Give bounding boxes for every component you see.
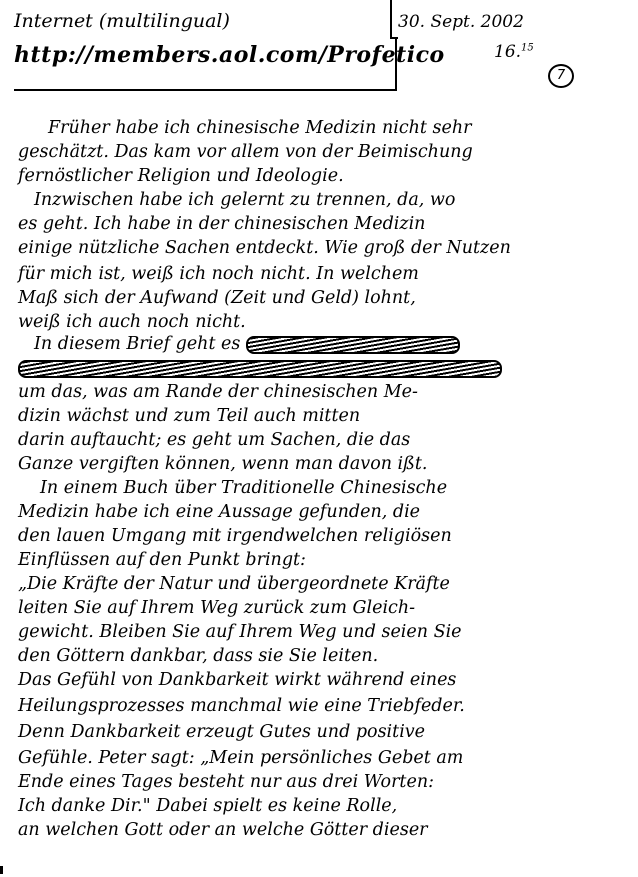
text-line: geschätzt. Das kam vor allem von der Bei…: [18, 142, 473, 162]
text-line: für mich ist, weiß ich noch nicht. In we…: [18, 264, 419, 284]
text-line: In diesem Brief geht es: [34, 334, 460, 354]
text-line: Das Gefühl von Dankbarkeit wirkt während…: [18, 670, 456, 690]
text-line: weiß ich auch noch nicht.: [18, 312, 246, 332]
text-line: dizin wächst und zum Teil auch mitten: [18, 406, 360, 426]
text-line: Maß sich der Aufwand (Zeit und Geld) loh…: [18, 288, 416, 308]
time-minutes: 15: [521, 42, 534, 53]
text-line: leiten Sie auf Ihrem Weg zurück zum Glei…: [18, 598, 415, 618]
text-segment: In diesem Brief geht es: [34, 334, 240, 354]
crossed-out-text: [18, 360, 502, 378]
text-line: einige nützliche Sachen entdeckt. Wie gr…: [18, 238, 511, 258]
text-line: fernöstlicher Religion und Ideologie.: [18, 166, 344, 186]
text-line: Inzwischen habe ich gelernt zu trennen, …: [34, 190, 455, 210]
text-line: „Die Kräfte der Natur und übergeordnete …: [18, 574, 450, 594]
source-url: http://members.aol.com/Profetico: [14, 42, 445, 68]
text-line: Ich danke Dir." Dabei spielt es keine Ro…: [18, 796, 397, 816]
text-line: an welchen Gott oder an welche Götter di…: [18, 820, 428, 840]
header-box-line: [390, 0, 392, 38]
text-line: Früher habe ich chinesische Medizin nich…: [48, 118, 471, 138]
text-line: Gefühle. Peter sagt: „Mein persönliches …: [18, 748, 463, 768]
text-line: In einem Buch über Traditionelle Chinesi…: [40, 478, 447, 498]
text-line: Ganze vergiften können, wenn man davon i…: [18, 454, 427, 474]
header-box-line: [14, 89, 397, 91]
header-box-line: [395, 38, 397, 90]
text-line: Medizin habe ich eine Aussage gefunden, …: [18, 502, 420, 522]
date: 30. Sept. 2002: [398, 12, 524, 32]
page-number: 7: [548, 64, 574, 88]
text-line: Einflüssen auf den Punkt bringt:: [18, 550, 306, 570]
text-line: gewicht. Bleiben Sie auf Ihrem Weg und s…: [18, 622, 462, 642]
text-line: Denn Dankbarkeit erzeugt Gutes und posit…: [18, 722, 425, 742]
scan-mark: [0, 866, 3, 874]
source-label: Internet (multilingual): [14, 10, 230, 32]
crossed-out-text: [246, 336, 460, 354]
text-line: darin auftaucht; es geht um Sachen, die …: [18, 430, 410, 450]
time-hour: 16.: [494, 42, 521, 62]
text-line: [18, 358, 502, 378]
text-line: Heilungsprozesses manchmal wie eine Trie…: [18, 696, 465, 716]
text-line: Ende eines Tages besteht nur aus drei Wo…: [18, 772, 434, 792]
time: 16.15: [494, 42, 534, 62]
text-line: den lauen Umgang mit irgendwelchen relig…: [18, 526, 452, 546]
handwritten-page: Internet (multilingual) http://members.a…: [0, 0, 638, 877]
text-line: den Göttern dankbar, dass sie Sie leiten…: [18, 646, 378, 666]
text-line: um das, was am Rande der chinesischen Me…: [18, 382, 418, 402]
text-line: es geht. Ich habe in der chinesischen Me…: [18, 214, 425, 234]
